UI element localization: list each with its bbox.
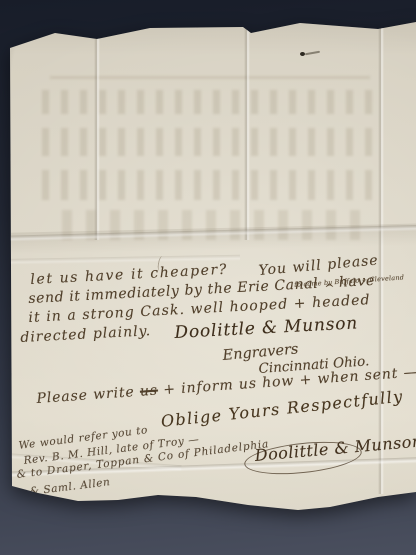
letter-line-directed: directed plainly. (20, 323, 152, 346)
building-window-row (42, 90, 382, 114)
photo-of-folded-letter: let us have it cheaper? You will please … (0, 0, 416, 555)
please-write-part1: Please write (36, 384, 141, 407)
paper-shadow: let us have it cheaper? You will please … (0, 0, 416, 555)
fold-crease-vertical-right (378, 24, 384, 494)
building-window-row (42, 128, 382, 156)
letter-paper: let us have it cheaper? You will please … (0, 0, 416, 555)
ink-blot-tail (305, 51, 320, 56)
fold-crease-vertical-middle (244, 26, 250, 240)
reference-line: & Saml. Allen (29, 476, 111, 498)
firm-name: Doolittle & Munson (174, 313, 358, 343)
letter-word-have: have (338, 273, 375, 291)
fold-crease-vertical-left (94, 30, 100, 240)
struck-out-word: us (139, 383, 158, 400)
building-window-row (42, 170, 382, 200)
